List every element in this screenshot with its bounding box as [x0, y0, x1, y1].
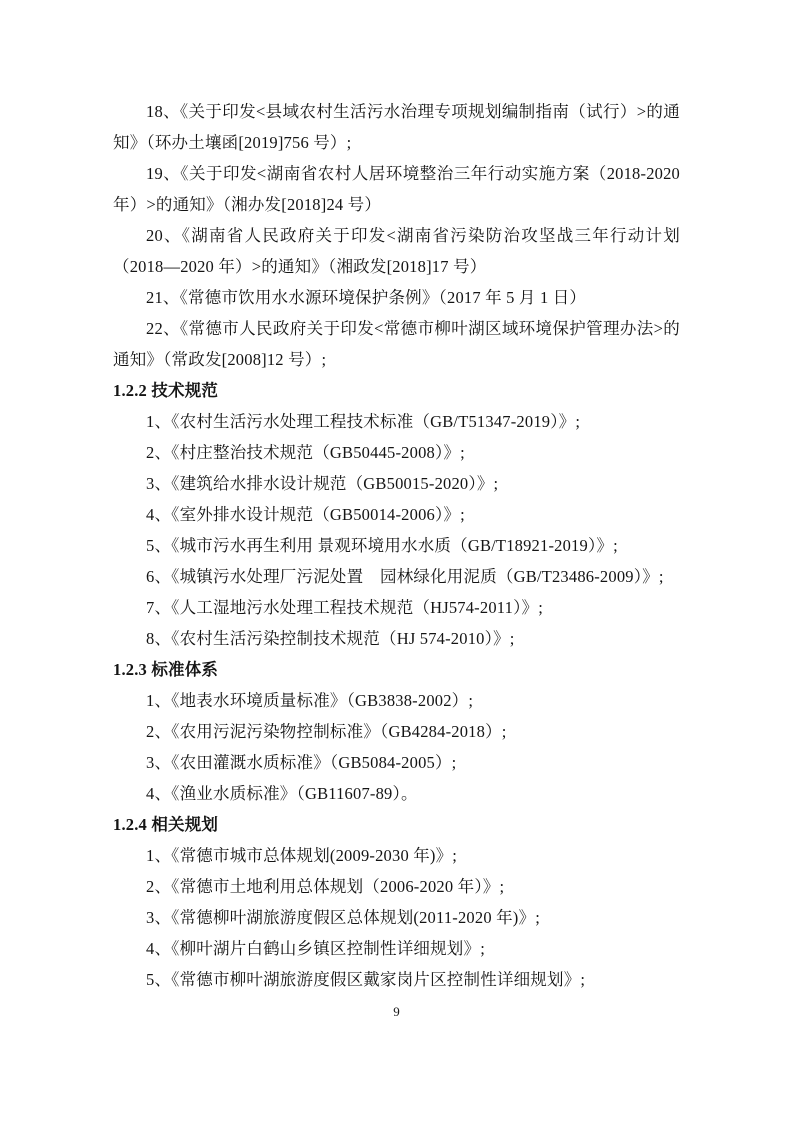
document-page: 18、《关于印发<县域农村生活污水治理专项规划编制指南（试行）>的通知》（环办土… — [0, 0, 793, 1122]
page-number: 9 — [0, 1004, 793, 1020]
list-paragraph: 4、《柳叶湖片白鹤山乡镇区控制性详细规划》; — [113, 933, 680, 964]
document-body: 18、《关于印发<县域农村生活污水治理专项规划编制指南（试行）>的通知》（环办土… — [113, 96, 680, 995]
list-paragraph: 2、《农用污泥污染物控制标准》（GB4284-2018）; — [113, 716, 680, 747]
list-paragraph: 7、《人工湿地污水处理工程技术规范（HJ574-2011）》; — [113, 592, 680, 623]
list-paragraph: 4、《渔业水质标准》（GB11607-89）。 — [113, 778, 680, 809]
list-paragraph: 6、《城镇污水处理厂污泥处置 园林绿化用泥质（GB/T23486-2009）》; — [113, 561, 680, 592]
list-paragraph: 1、《常德市城市总体规划(2009-2030 年)》; — [113, 840, 680, 871]
list-paragraph: 5、《常德市柳叶湖旅游度假区戴家岗片区控制性详细规划》; — [113, 964, 680, 995]
list-paragraph: 8、《农村生活污染控制技术规范（HJ 574-2010）》; — [113, 623, 680, 654]
list-paragraph: 3、《建筑给水排水设计规范（GB50015-2020）》; — [113, 468, 680, 499]
section-heading: 1.2.2 技术规范 — [113, 375, 680, 406]
list-paragraph: 1、《农村生活污水处理工程技术标准（GB/T51347-2019）》; — [113, 406, 680, 437]
list-paragraph: 20、《湖南省人民政府关于印发<湖南省污染防治攻坚战三年行动计划（2018—20… — [113, 220, 680, 282]
list-paragraph: 3、《农田灌溉水质标准》（GB5084-2005）; — [113, 747, 680, 778]
section-heading: 1.2.3 标准体系 — [113, 654, 680, 685]
list-paragraph: 22、《常德市人民政府关于印发<常德市柳叶湖区域环境保护管理办法>的通知》（常政… — [113, 313, 680, 375]
list-paragraph: 18、《关于印发<县域农村生活污水治理专项规划编制指南（试行）>的通知》（环办土… — [113, 96, 680, 158]
list-paragraph: 19、《关于印发<湖南省农村人居环境整治三年行动实施方案（2018-2020 年… — [113, 158, 680, 220]
list-paragraph: 3、《常德柳叶湖旅游度假区总体规划(2011-2020 年)》; — [113, 902, 680, 933]
list-paragraph: 5、《城市污水再生利用 景观环境用水水质（GB/T18921-2019）》; — [113, 530, 680, 561]
list-paragraph: 4、《室外排水设计规范（GB50014-2006）》; — [113, 499, 680, 530]
list-paragraph: 2、《村庄整治技术规范（GB50445-2008）》; — [113, 437, 680, 468]
list-paragraph: 1、《地表水环境质量标准》（GB3838-2002）; — [113, 685, 680, 716]
section-heading: 1.2.4 相关规划 — [113, 809, 680, 840]
list-paragraph: 2、《常德市土地利用总体规划（2006-2020 年）》; — [113, 871, 680, 902]
list-paragraph: 21、《常德市饮用水水源环境保护条例》（2017 年 5 月 1 日） — [113, 282, 680, 313]
